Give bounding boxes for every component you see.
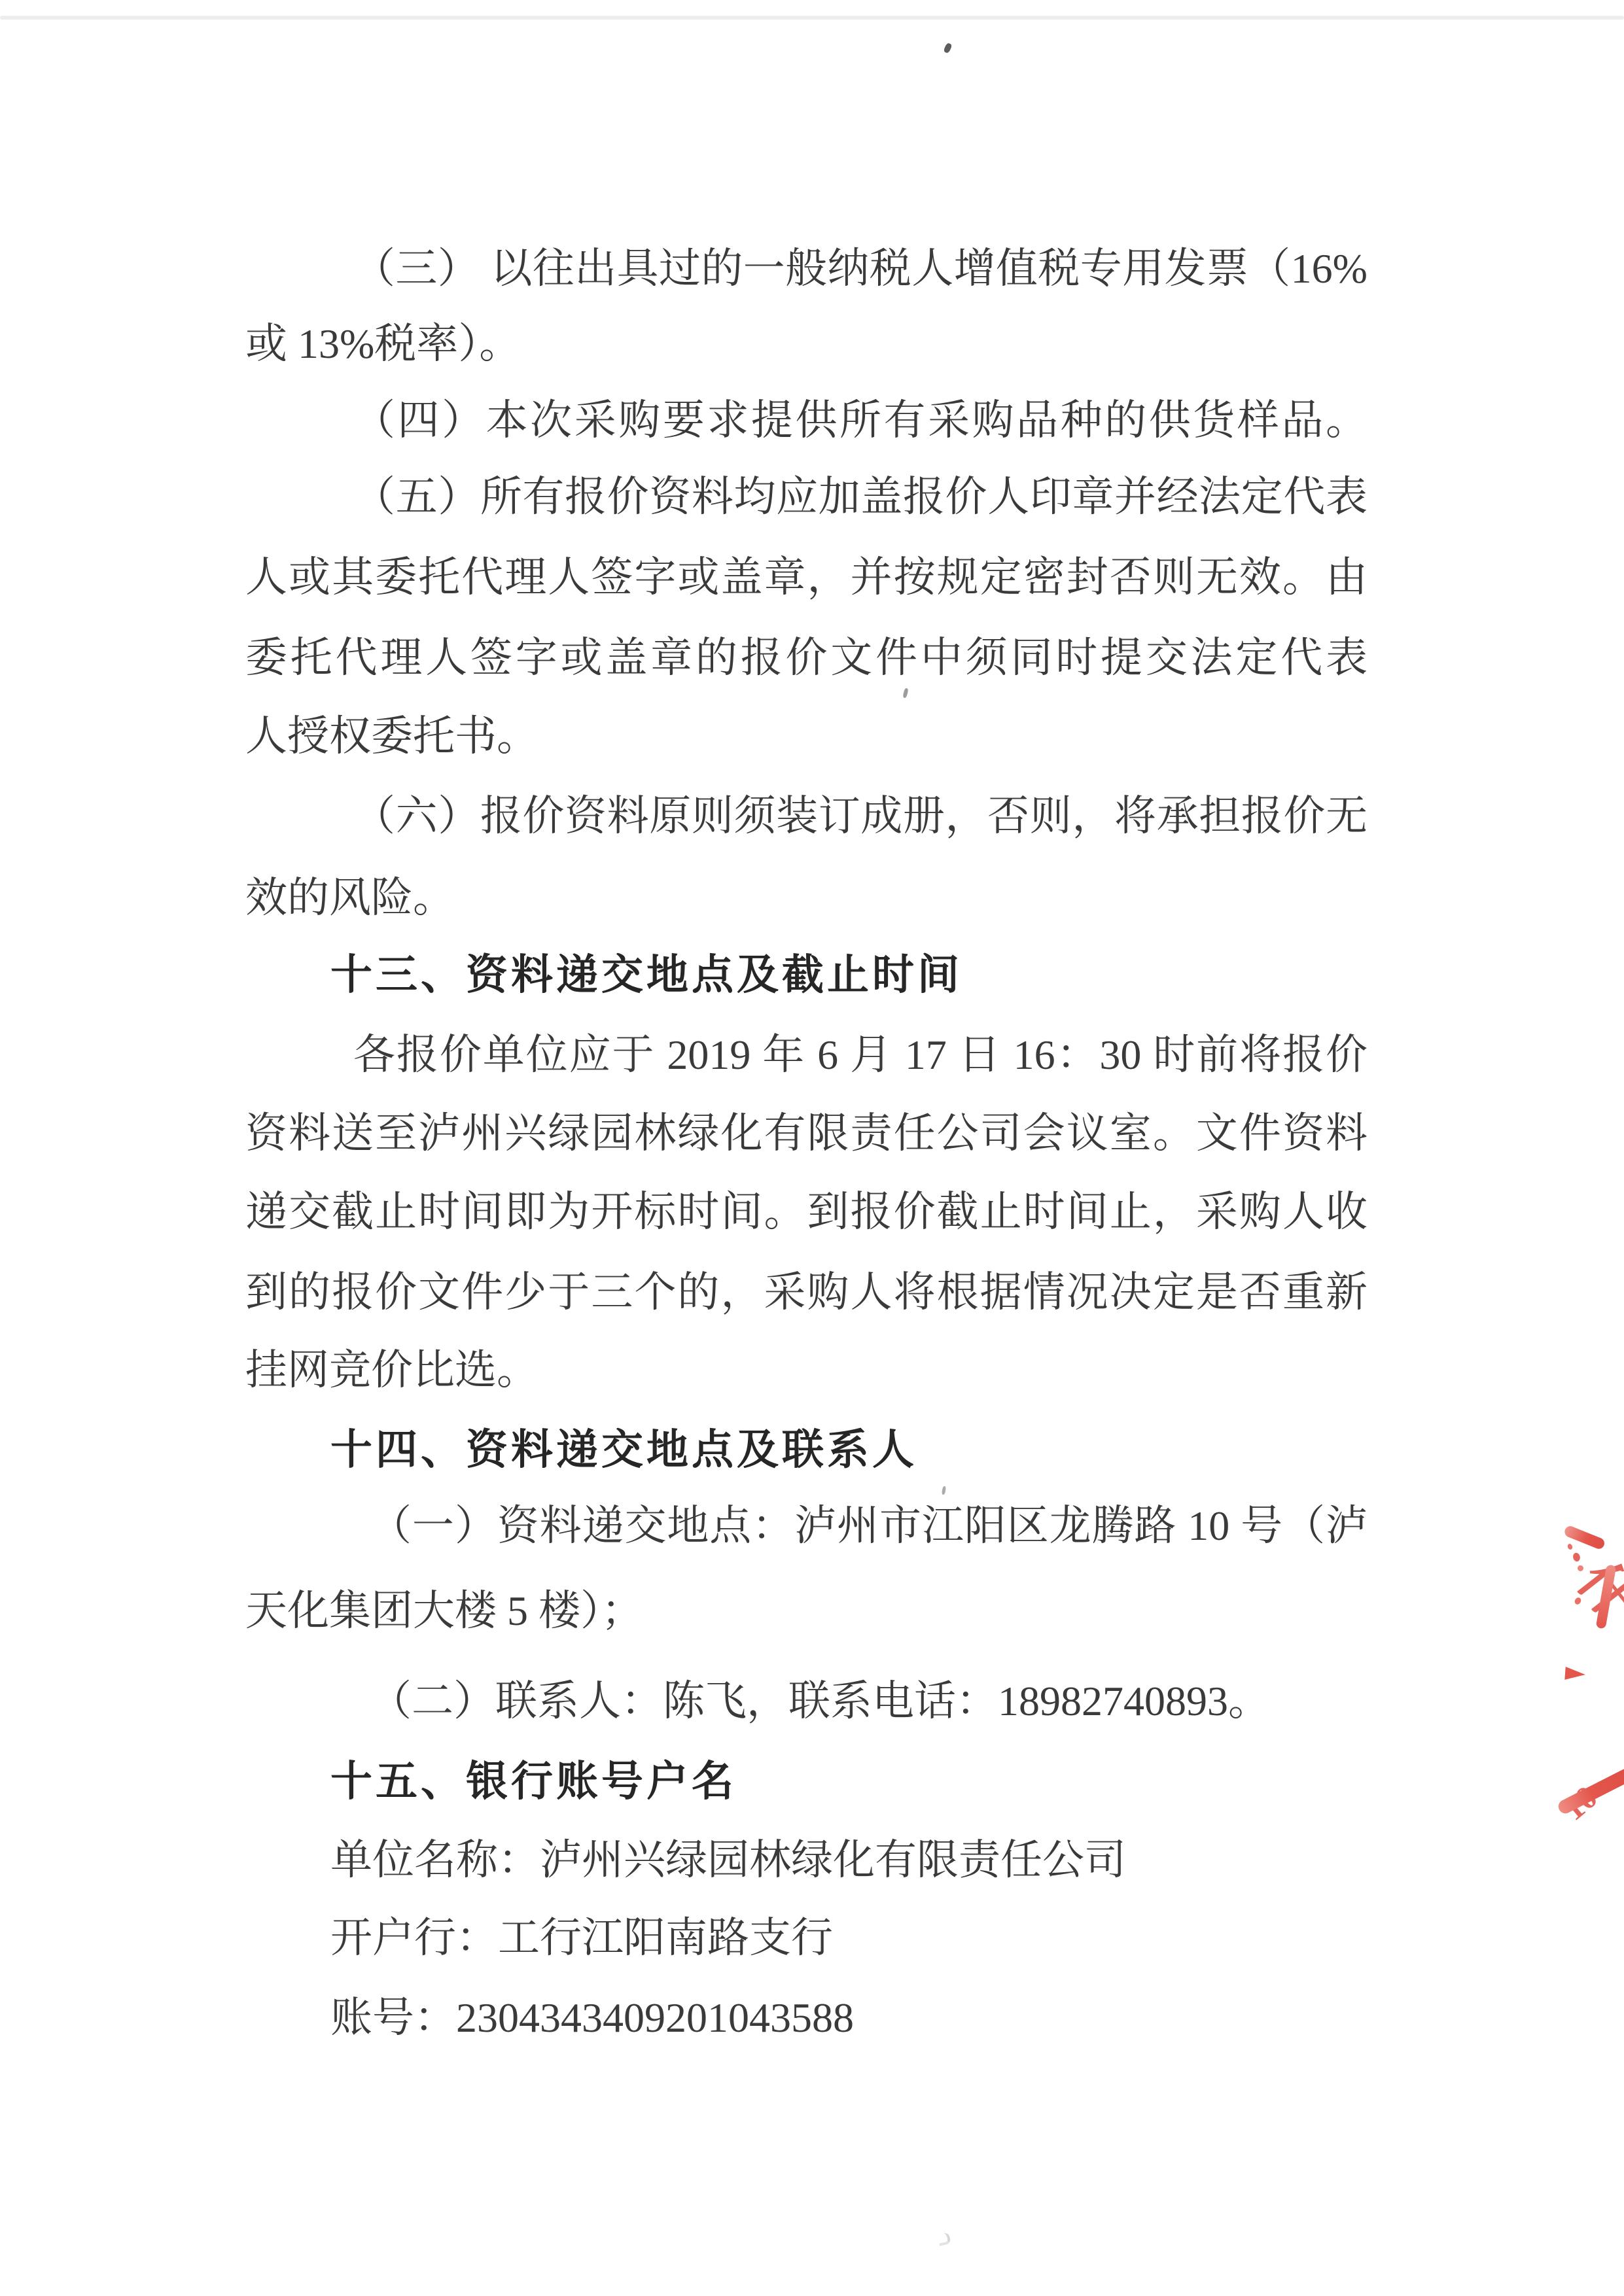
scan-speck bbox=[943, 43, 952, 54]
doc-line: （五）所有报价资料均应加盖报价人印章并经法定代表 bbox=[245, 469, 1368, 525]
doc-line: （一）资料递交地点：泸州市江阳区龙腾路 10 号（泸 bbox=[245, 1498, 1368, 1554]
section-heading-14: 十四、资料递交地点及联系人 bbox=[245, 1421, 1368, 1478]
scan-edge-line bbox=[0, 16, 1624, 20]
doc-line: 资料送至泸州兴绿园林绿化有限责任公司会议室。文件资料 bbox=[245, 1105, 1368, 1162]
section-heading-13: 十三、资料递交地点及截止时间 bbox=[245, 947, 1368, 1003]
doc-line: 递交截止时间即为开标时间。到报价截止时间止，采购人收 bbox=[245, 1184, 1368, 1240]
stamp-fragment-dot bbox=[1578, 1565, 1583, 1571]
doc-line: （六）报价资料原则须装订成册，否则，将承担报价无 bbox=[245, 788, 1368, 844]
doc-line: 人或其委托代理人签字或盖章，并按规定密封否则无效。由 bbox=[245, 549, 1368, 606]
doc-line: 委托代理人签字或盖章的报价文件中须同时提交法定代表 bbox=[245, 630, 1368, 686]
doc-line-company-name: 单位名称：泸州兴绿园林绿化有限责任公司 bbox=[245, 1832, 1368, 1888]
doc-line: 挂网竞价比选。 bbox=[245, 1342, 1368, 1399]
stamp-fragment-wedge bbox=[1564, 1667, 1585, 1681]
doc-line: （四）本次采购要求提供所有采购品种的供货样品。 bbox=[245, 392, 1368, 449]
document-page: （三） 以往出具过的一般纳税人增值税专用发票（16% 或 13%税率）。 （四）… bbox=[0, 0, 1624, 2296]
doc-line: 效的风险。 bbox=[245, 870, 1368, 926]
doc-line: （三） 以往出具过的一般纳税人增值税专用发票（16% bbox=[245, 241, 1368, 297]
scan-speck bbox=[937, 2232, 951, 2246]
doc-line: 各报价单位应于 2019 年 6 月 17 日 16：30 时前将报价 bbox=[245, 1027, 1368, 1083]
doc-line: 到的报价文件少于三个的，采购人将根据情况决定是否重新 bbox=[245, 1264, 1368, 1321]
scan-speck bbox=[942, 1486, 946, 1495]
doc-line: （二）联系人：陈飞，联系电话：18982740893。 bbox=[245, 1673, 1368, 1730]
stamp-fragment-dot bbox=[1571, 1552, 1581, 1563]
stamp-fragment-character: 什 bbox=[1559, 1550, 1624, 1651]
stamp-fragment-dot bbox=[1567, 1543, 1574, 1550]
scan-speck bbox=[902, 687, 908, 698]
doc-line-bank-branch: 开户行：工行江阳南路支行 bbox=[245, 1910, 1368, 1966]
doc-line-account-number: 账号：2304343409201043588 bbox=[245, 1990, 1368, 2046]
section-heading-15: 十五、银行账号户名 bbox=[245, 1753, 1368, 1809]
doc-line: 天化集团大楼 5 楼）； bbox=[245, 1583, 1368, 1639]
doc-line: 人授权委托书。 bbox=[245, 708, 1368, 765]
doc-line: 或 13%税率）。 bbox=[245, 316, 1368, 372]
